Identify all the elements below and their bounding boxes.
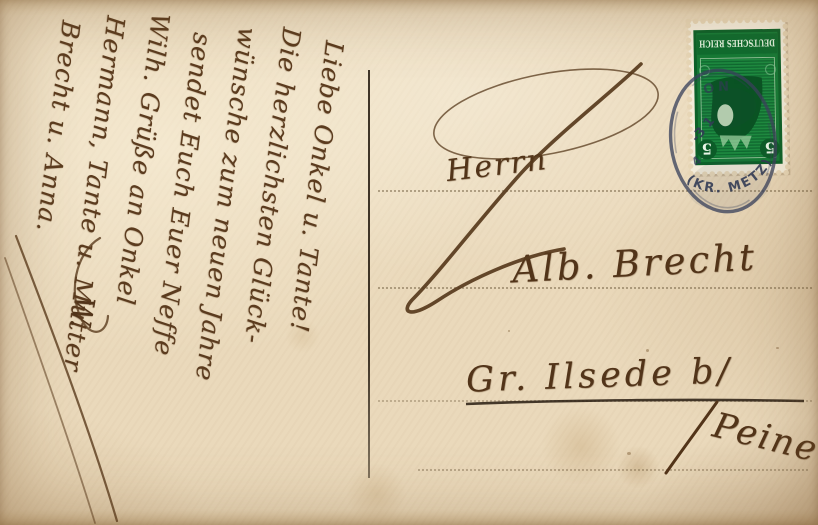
town-slash-stroke [666,402,717,473]
stamp-value: 5 [702,139,713,157]
stamp-country-text: DEUTSCHES REICH [699,36,775,48]
ink-and-stamp-overlay: DEUTSCHES REICH 5 5 (KR. METZ) ON [0,0,818,525]
town-underline-stroke [466,400,804,404]
initial-flourish [407,53,665,312]
postcard: Liebe Onkel u. Tante! Die herzlichsten G… [0,0,818,525]
signature-flourish [5,236,117,523]
